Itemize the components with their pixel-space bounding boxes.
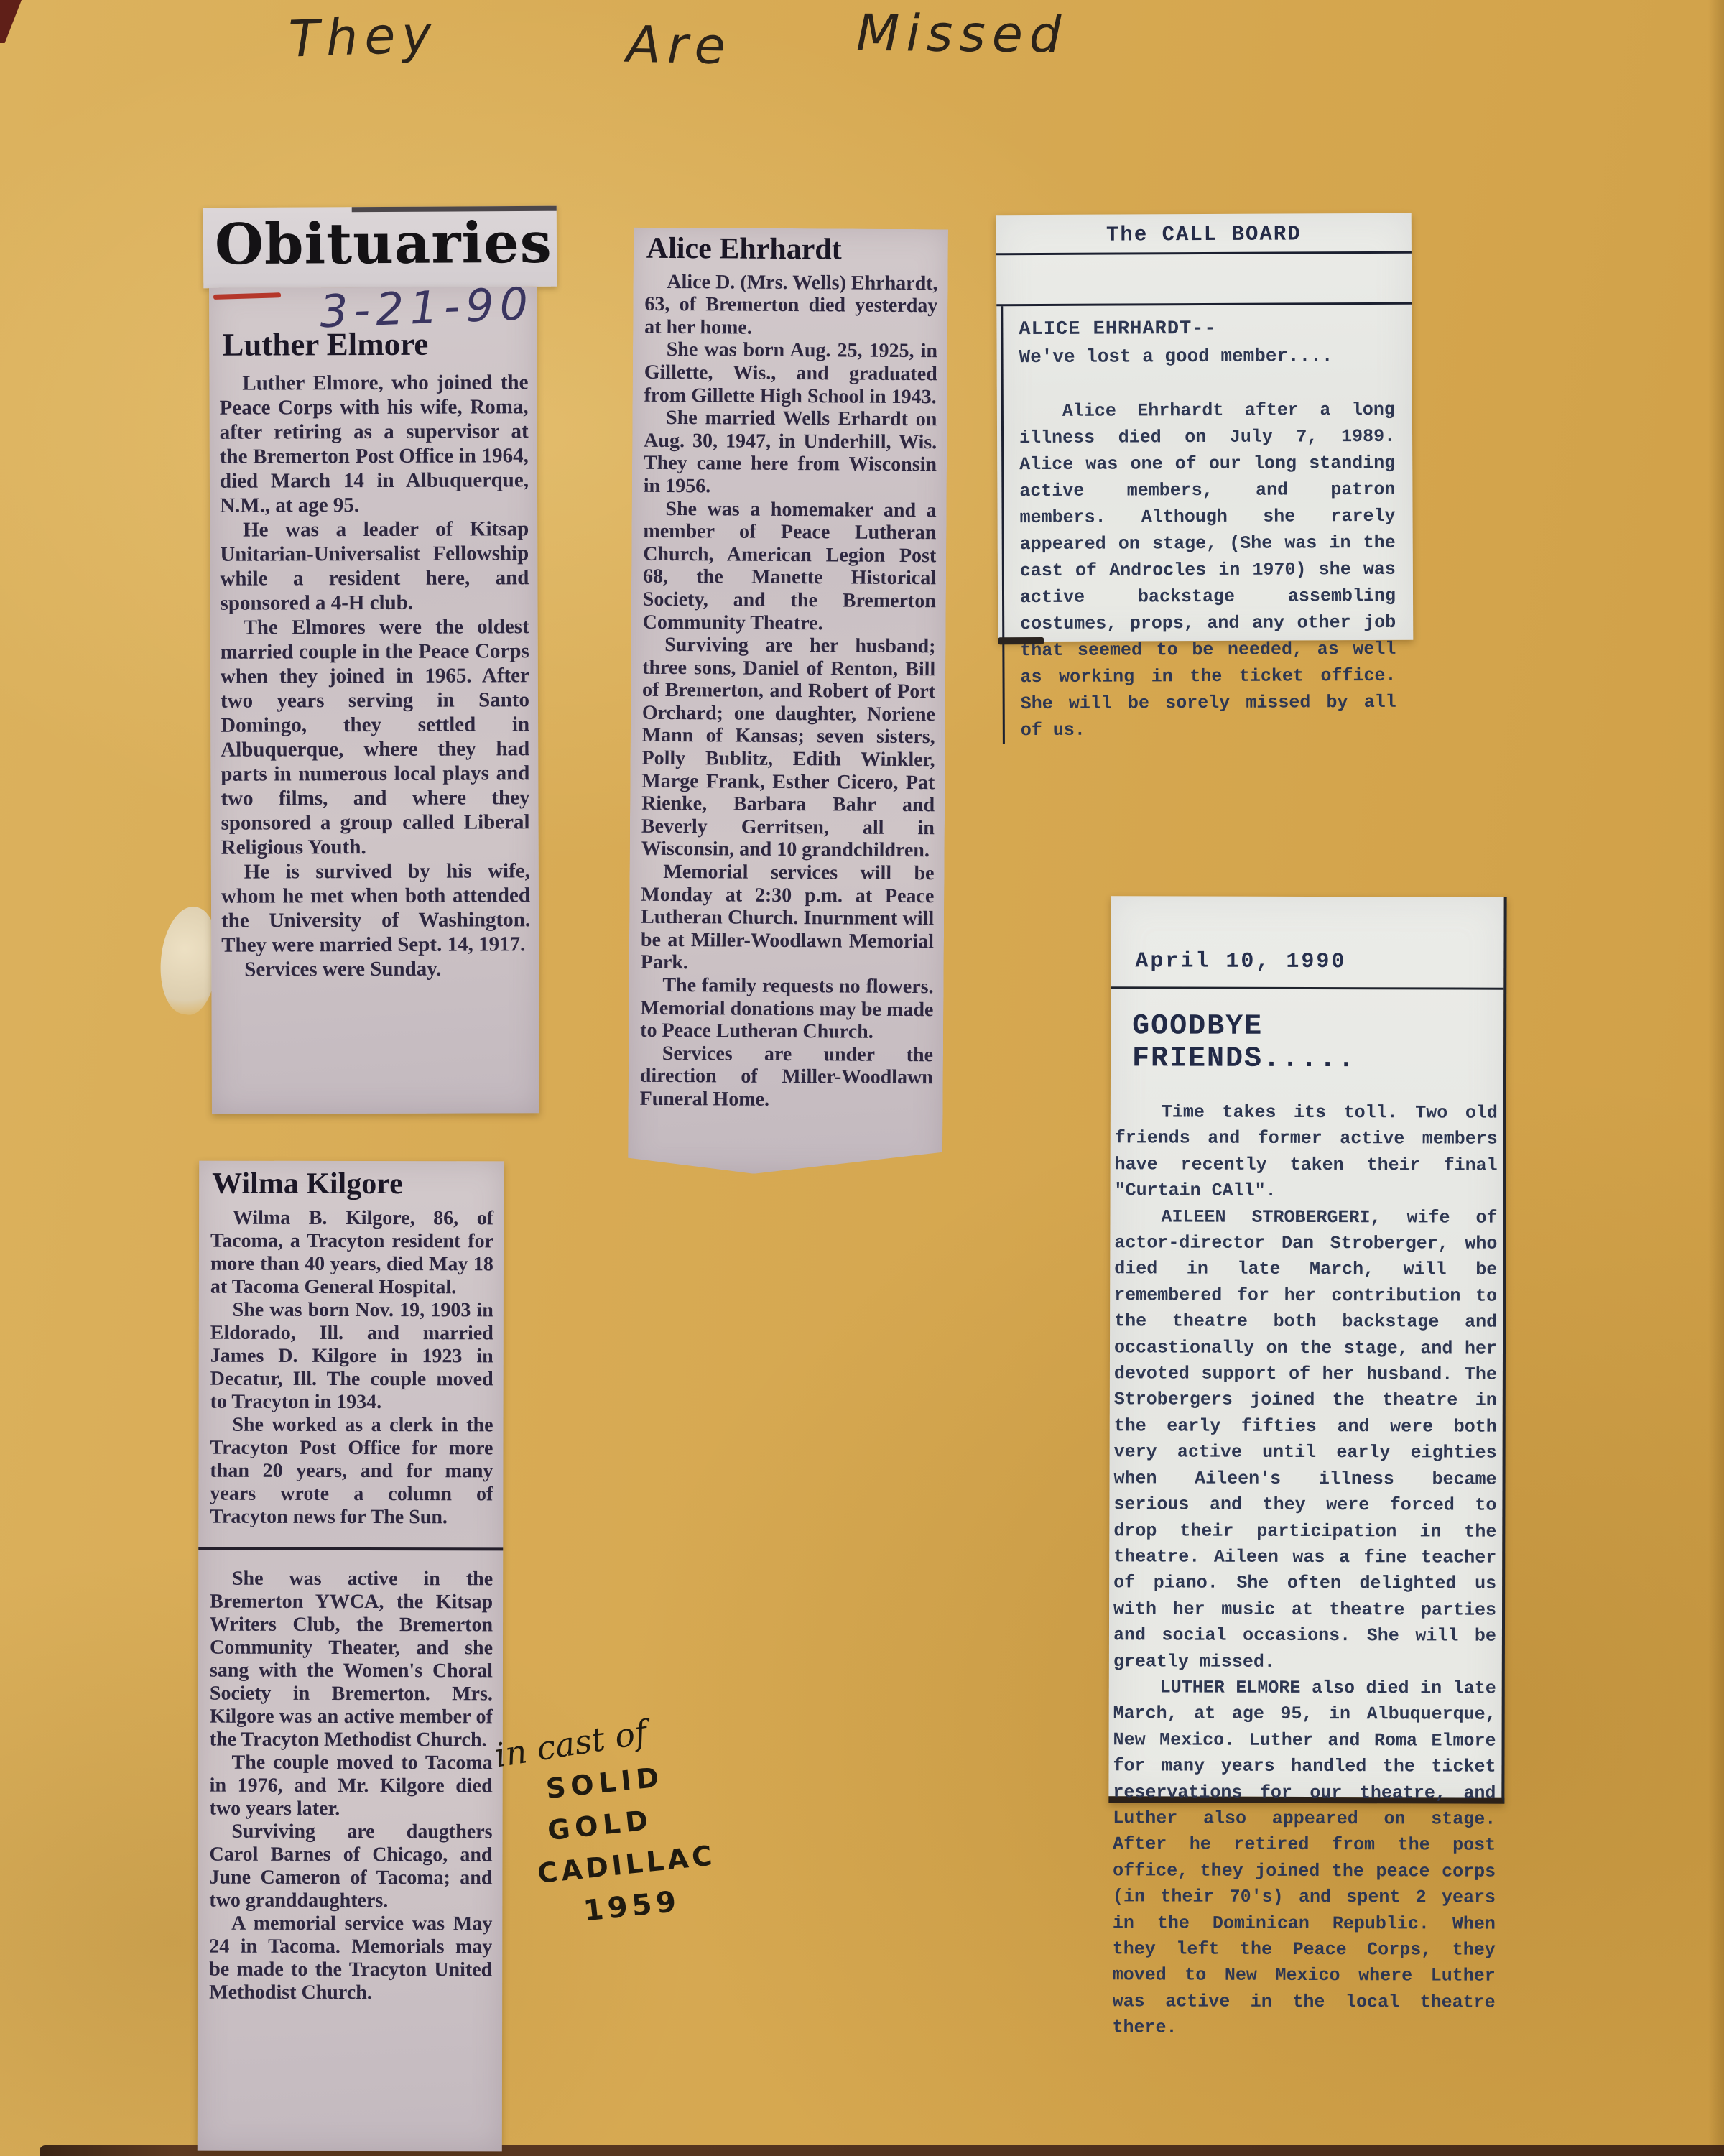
divider [198, 1547, 503, 1551]
clipping-edge-smudge [998, 637, 1044, 644]
page-title-word-missed: Missed [856, 4, 1068, 65]
paragraph: She married Wells Erhardt on Aug. 30, 19… [644, 407, 937, 499]
handwritten-date: 3-21-90 [320, 292, 529, 324]
paragraph: A memorial service was May 24 in Tacoma.… [209, 1912, 492, 2005]
page-title-word-they: They [288, 4, 439, 68]
paragraph: She worked as a clerk in the Tracyton Po… [210, 1414, 493, 1530]
paragraph: Surviving are her husband; three sons, D… [641, 634, 936, 862]
call-board-body: Alice Ehrhardt after a long illness died… [1019, 397, 1396, 744]
paragraph: She was born Nov. 19, 1903 in Eldorado, … [210, 1299, 493, 1415]
call-board-sub-line: We've lost a good member.... [1019, 345, 1395, 368]
paragraph: LUTHER ELMORE also died in late March, a… [1112, 1675, 1496, 2042]
call-board-name-line: ALICE EHRHARDT-- [1019, 318, 1394, 341]
obituary-heading-alice-ehrhardt: Alice Ehrhardt [646, 238, 938, 262]
call-board-content: ALICE EHRHARDT-- We've lost a good membe… [1001, 305, 1414, 744]
obituary-body-wilma-bottom: She was active in the Bremerton YWCA, th… [209, 1568, 493, 2005]
paragraph: Time takes its toll. Two old friends and… [1115, 1099, 1498, 1205]
page-title-word-are: Are [626, 15, 732, 76]
scrapbook-page: They Are Missed Obituaries 3-21-90 Luthe… [0, 0, 1724, 2156]
paragraph: Alice D. (Mrs. Wells) Ehrhardt, 63, of B… [644, 270, 938, 340]
paragraph: She was a homemaker and a member of Peac… [643, 497, 937, 635]
paragraph: She was active in the Bremerton YWCA, th… [210, 1568, 493, 1752]
paragraph: 1959 [582, 1876, 771, 1928]
obituaries-section-header: Obituaries [203, 206, 557, 283]
divider [996, 251, 1412, 256]
paragraph: The couple moved to Tacoma in 1976, and … [210, 1752, 493, 1821]
paragraph: He was a leader of Kitsap Unitarian-Univ… [220, 517, 529, 616]
goodbye-friends-clipping: April 10, 1990 GOODBYE FRIENDS..... Time… [1108, 896, 1506, 1803]
clipping-edge-strip [351, 206, 556, 212]
paragraph: Luther Elmore, who joined the Peace Corp… [219, 370, 529, 517]
paragraph: He is survived by his wife, whom he met … [221, 859, 530, 958]
paragraph: AILEEN STROBERGERI, wife of actor-direct… [1113, 1204, 1498, 1676]
paragraph: Services are under the direction of Mill… [640, 1042, 934, 1112]
handwritten-cast-note: in cast ofSOLIDGOLDCADILLAC1959 [492, 1703, 772, 1946]
goodbye-body: Time takes its toll. Two old friends and… [1108, 1075, 1503, 2042]
paragraph: Wilma B. Kilgore, 86, of Tacoma, a Tracy… [210, 1207, 493, 1300]
page-right-shade [1708, 0, 1724, 2156]
goodbye-date: April 10, 1990 [1111, 896, 1503, 974]
call-board-clipping: The CALL BOARD ALICE EHRHARDT-- We've lo… [996, 213, 1414, 642]
obituary-body-luther-elmore: Luther Elmore, who joined the Peace Corp… [219, 370, 530, 981]
paragraph: Memorial services will be Monday at 2:30… [641, 861, 935, 976]
red-pen-mark [213, 292, 281, 300]
alice-ehrhardt-obituary-clipping: Alice Ehrhardt Alice D. (Mrs. Wells) Ehr… [628, 228, 948, 1175]
paragraph: The Elmores were the oldest married coup… [221, 614, 530, 859]
wilma-kilgore-obituary-clipping: Wilma Kilgore Wilma B. Kilgore, 86, of T… [198, 1161, 504, 2152]
paragraph: Services were Sunday. [221, 956, 530, 982]
paragraph: She was born Aug. 25, 1925, in Gillette,… [644, 338, 938, 408]
page-corner-mark [0, 0, 22, 43]
obituaries-header-clipping: Obituaries [203, 206, 557, 289]
goodbye-heading: GOODBYE FRIENDS..... [1111, 989, 1503, 1075]
obituary-heading-wilma-kilgore: Wilma Kilgore [212, 1172, 493, 1196]
obituary-body-alice-ehrhardt: Alice D. (Mrs. Wells) Ehrhardt, 63, of B… [640, 270, 938, 1111]
call-board-header: The CALL BOARD [996, 213, 1412, 248]
obituary-body-wilma-top: Wilma B. Kilgore, 86, of Tacoma, a Tracy… [210, 1207, 493, 1530]
paragraph: Surviving are daugthers Carol Barnes of … [209, 1820, 492, 1913]
paragraph: The family requests no flowers. Memorial… [640, 974, 934, 1044]
luther-elmore-obituary-clipping: 3-21-90 Luther Elmore Luther Elmore, who… [209, 287, 539, 1114]
